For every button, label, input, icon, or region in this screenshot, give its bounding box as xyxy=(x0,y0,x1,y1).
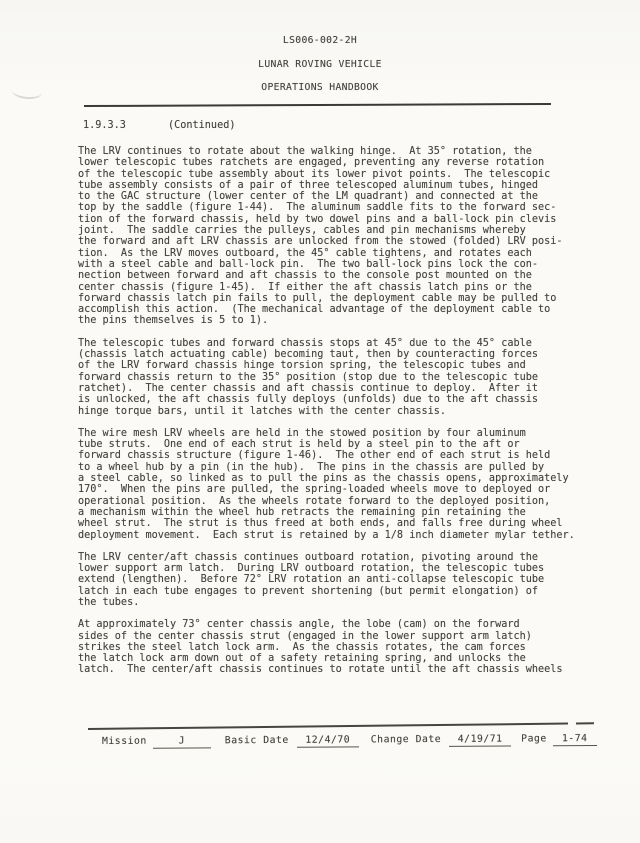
basic-date-label: Basic Date xyxy=(225,735,289,746)
header-divider-rule xyxy=(84,103,551,107)
change-date-value: 4/19/71 xyxy=(449,734,511,747)
mission-value: J xyxy=(153,735,211,748)
mission-label: Mission xyxy=(102,736,147,747)
doc-title-line2: OPERATIONS HANDBOOK xyxy=(261,82,378,93)
footer-rule-dash xyxy=(576,722,594,724)
page-number-label: Page xyxy=(521,733,547,744)
section-number: 1.9.3.3 xyxy=(83,120,168,131)
basic-date-value: 12/4/70 xyxy=(297,734,359,747)
page-number-value: 1-74 xyxy=(553,733,597,746)
footer-divider-rule xyxy=(88,722,598,729)
section-continued-label: (Continued) xyxy=(168,120,235,131)
paragraph: The wire mesh LRV wheels are held in the… xyxy=(78,428,583,541)
footer-rule-segment xyxy=(88,723,568,730)
paragraph: At approximately 73° center chassis angl… xyxy=(78,619,583,675)
doc-title-line1: LUNAR ROVING VEHICLE xyxy=(258,59,382,70)
page-header: LS006-002-2H LUNAR ROVING VEHICLE OPERAT… xyxy=(0,35,640,94)
paragraph: The LRV continues to rotate about the wa… xyxy=(78,146,583,327)
paragraph: The LRV center/aft chassis continues out… xyxy=(78,552,583,608)
body-text: The LRV continues to rotate about the wa… xyxy=(78,146,583,687)
document-page: LS006-002-2H LUNAR ROVING VEHICLE OPERAT… xyxy=(0,0,640,843)
doc-number: LS006-002-2H xyxy=(283,35,357,46)
page-footer: Mission J Basic Date 12/4/70 Change Date… xyxy=(102,733,597,749)
section-heading: 1.9.3.3(Continued) xyxy=(83,120,235,131)
change-date-label: Change Date xyxy=(371,734,441,745)
paragraph: The telescopic tubes and forward chassis… xyxy=(78,338,583,417)
